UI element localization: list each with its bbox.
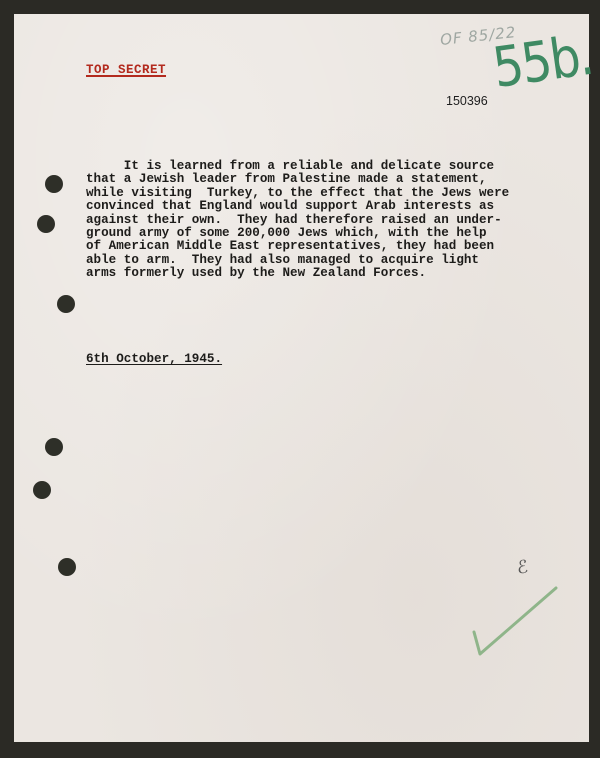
punch-hole [57, 295, 75, 313]
body-text: It is learned from a reliable and delica… [86, 160, 566, 281]
classification-label: TOP SECRET [86, 63, 166, 77]
reference-number: 150396 [446, 94, 488, 108]
punch-hole [45, 438, 63, 456]
punch-hole [33, 481, 51, 499]
check-mark-icon [468, 582, 563, 662]
punch-hole [58, 558, 76, 576]
handwritten-initial: ℰ [516, 557, 529, 579]
punch-hole [37, 215, 55, 233]
document-date: 6th October, 1945. [86, 352, 222, 366]
handwritten-folio-number: 55b. [490, 28, 596, 96]
punch-hole [45, 175, 63, 193]
